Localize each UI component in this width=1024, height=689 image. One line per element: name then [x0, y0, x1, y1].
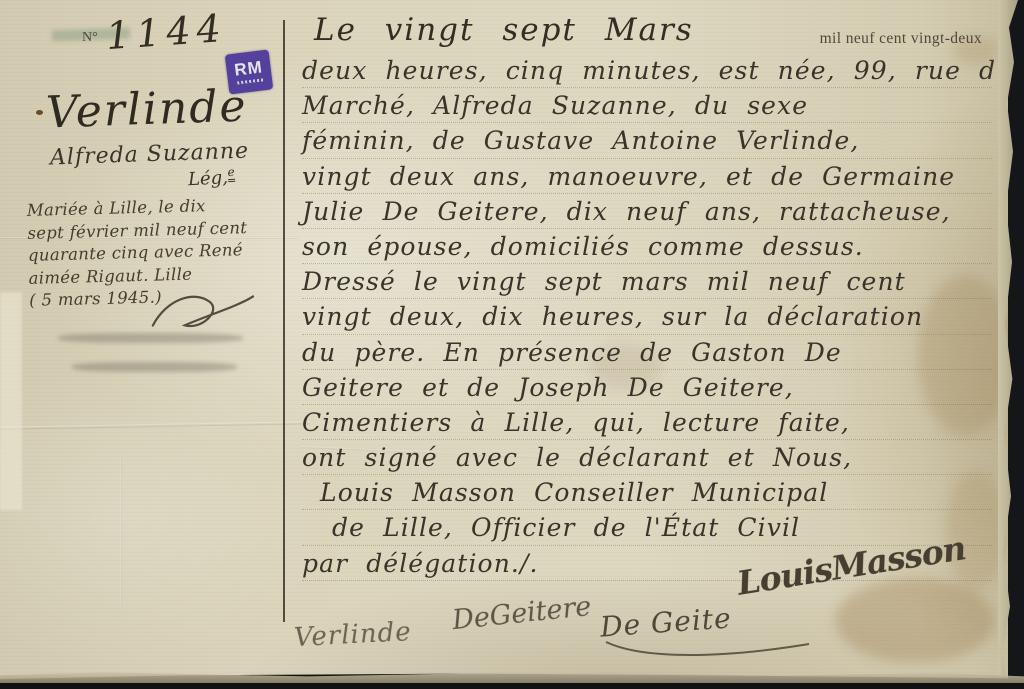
page-right-edge-shadow	[1008, 0, 1024, 689]
body-opening-hand: Le vingt sept Mars	[314, 12, 694, 48]
act-number-label: N°	[82, 30, 98, 46]
tape-strip	[0, 292, 22, 510]
body-line: vingt deux, dix heures, sur la déclarati…	[302, 302, 1006, 337]
margin-rule-line	[283, 20, 285, 622]
body-line: Dressé le vingt sept mars mil neuf cent	[302, 267, 1006, 302]
body-line: deux heures, cinq minutes, est née, 99, …	[302, 56, 1006, 91]
body-opening-line: Le vingt sept Mars mil neuf cent vingt-d…	[302, 8, 1006, 56]
body-line: Julie De Geitere, dix neuf ans, rattache…	[302, 197, 1006, 232]
rm-stamp-text: RM	[234, 59, 264, 78]
paper-stain	[835, 578, 995, 663]
act-number: 1144	[105, 6, 228, 58]
body-line: Cimentiers à Lille, qui, lecture faite,	[302, 408, 1006, 443]
faded-text-smudge	[72, 362, 237, 372]
margin-surname: Verlinde	[45, 80, 248, 138]
act-body-text: Le vingt sept Mars mil neuf cent vingt-d…	[302, 8, 1006, 584]
signature-verlinde: Verlinde	[293, 617, 412, 653]
legitimation-note: Lég,e	[187, 165, 235, 190]
body-line: ont signé avec le déclarant et Nous,	[302, 443, 1006, 478]
body-line: Marché, Alfreda Suzanne, du sexe	[302, 91, 1006, 126]
ink-speck	[36, 110, 43, 115]
register-scan: N° 1144 RM Verlinde Alfreda Suzanne Lég,…	[0, 0, 1024, 689]
signature-underline-flourish	[604, 634, 814, 664]
body-line: Geitere et de Joseph De Geitere,	[302, 373, 1006, 408]
body-line: vingt deux ans, manoeuvre, et de Germain…	[302, 162, 1006, 197]
faded-text-smudge	[58, 333, 243, 343]
body-line: Louis Masson Conseiller Municipal	[302, 478, 1006, 513]
legitimation-superscript: e	[227, 165, 235, 182]
legitimation-abbr: Lég,	[188, 167, 229, 190]
body-line: féminin, de Gustave Antoine Verlinde,	[302, 126, 1006, 161]
body-line: son épouse, domiciliés comme dessus.	[302, 232, 1006, 267]
printed-year: mil neuf cent vingt-deux	[820, 30, 982, 48]
paper-crease	[120, 455, 122, 605]
body-line: du père. En présence de Gaston De	[302, 338, 1006, 373]
